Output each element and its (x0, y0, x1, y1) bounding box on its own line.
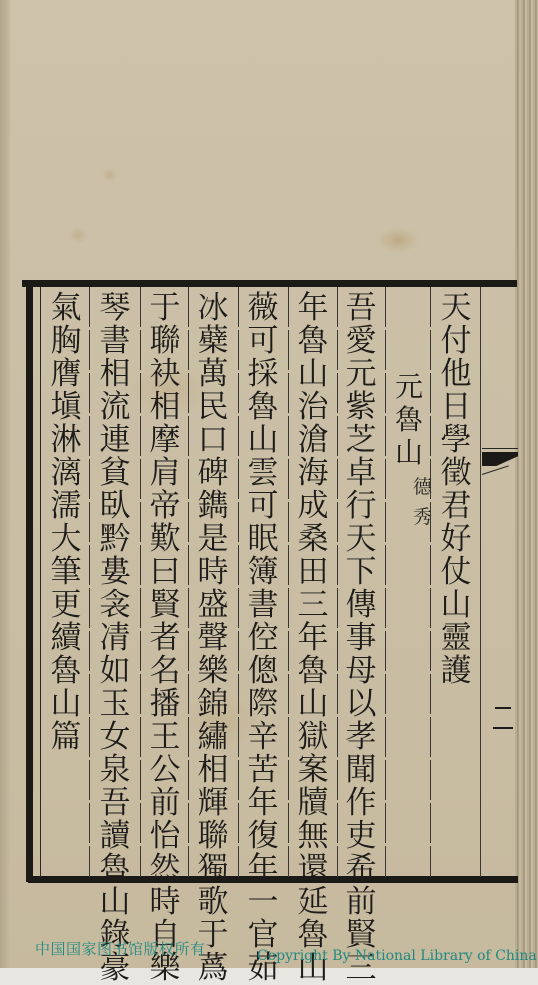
text-char: 事 (346, 622, 377, 655)
text-char: 滄 (298, 424, 329, 457)
text-char: 婁 (100, 556, 131, 589)
text-char: 輝 (198, 787, 229, 820)
text-char: 歎 (150, 523, 181, 556)
text-char: 作 (346, 787, 377, 820)
text-char: 案 (298, 754, 329, 787)
text-char: 聞 (346, 754, 377, 787)
text-char: 續 (51, 622, 82, 655)
text-column-4: 年魯山治滄海成桑田三年魯山獄案牘無還延魯山 (290, 292, 336, 985)
text-char: 可 (248, 325, 279, 358)
text-char: 鐫 (198, 490, 229, 523)
page-number-stroke (495, 707, 511, 709)
text-char: 簿 (248, 556, 279, 589)
frame-top-border (22, 280, 517, 287)
text-char: 魯 (298, 325, 329, 358)
text-char: 膺 (51, 358, 82, 391)
text-char: 歌 (198, 886, 229, 919)
text-char: 女 (100, 721, 131, 754)
text-char: 聲 (198, 622, 229, 655)
text-char: 篇 (51, 721, 82, 754)
text-char: 可 (248, 490, 279, 523)
text-char: 吾 (346, 292, 377, 325)
text-char: 相 (198, 754, 229, 787)
page-number-stroke (493, 727, 513, 729)
text-column-1: 天付他日學徵君好仗山靈護 (433, 292, 479, 688)
text-char: 下 (346, 556, 377, 589)
frame-left-border (26, 282, 33, 882)
text-char: 凊 (100, 622, 131, 655)
text-char: 獄 (298, 721, 329, 754)
poem-title-column: 元魯山德秀 (386, 370, 432, 529)
text-char: 延 (298, 886, 329, 919)
text-char: 是 (198, 523, 229, 556)
text-char: 年 (248, 787, 279, 820)
text-char: 連 (100, 424, 131, 457)
column-rule (288, 287, 289, 877)
text-column-9: 氣胸膺塡淋漓濡大筆更續魯山篇 (43, 292, 89, 754)
text-char: 田 (298, 556, 329, 589)
text-char: 筆 (51, 556, 82, 589)
stacked-page-edges (515, 0, 538, 985)
text-char: 年 (248, 853, 279, 886)
text-char: 氣 (51, 292, 82, 325)
text-char: 魯 (248, 391, 279, 424)
text-char: 袂 (150, 358, 181, 391)
text-char: 民 (198, 391, 229, 424)
text-char: 吏 (346, 820, 377, 853)
text-char: 樂 (198, 655, 229, 688)
text-char: 以 (346, 688, 377, 721)
watermark-chinese: 中国国家图书馆版权所有 (35, 938, 206, 959)
text-char: 他 (441, 358, 472, 391)
fold-margin-line (482, 448, 518, 449)
text-char: 孝 (346, 721, 377, 754)
text-char: 書 (248, 589, 279, 622)
author-char: 德 (413, 475, 432, 499)
text-char: 者 (150, 622, 181, 655)
text-char: 相 (100, 358, 131, 391)
text-char: 山 (51, 688, 82, 721)
text-char: 好 (441, 523, 472, 556)
author-char: 秀 (413, 505, 432, 529)
text-char: 成 (298, 490, 329, 523)
text-column-3: 吾愛元紫芝卓行天下傳事母以孝聞作吏希前賢三 (338, 292, 384, 985)
text-char: 時 (198, 556, 229, 589)
text-char: 臥 (100, 490, 131, 523)
column-rule (89, 287, 90, 877)
text-char: 付 (441, 325, 472, 358)
text-char: 元 (346, 358, 377, 391)
text-char: 琴 (100, 292, 131, 325)
text-char: 冰 (198, 292, 229, 325)
text-char: 復 (248, 820, 279, 853)
text-char: 播 (150, 688, 181, 721)
text-char: 淋 (51, 424, 82, 457)
text-char: 名 (150, 655, 181, 688)
text-char: 魯 (100, 853, 131, 886)
text-char: 傯 (248, 655, 279, 688)
text-char: 口 (198, 424, 229, 457)
text-char: 紫 (346, 391, 377, 424)
text-char: 桑 (298, 523, 329, 556)
text-char: 帝 (150, 490, 181, 523)
text-char: 眠 (248, 523, 279, 556)
text-char: 獨 (198, 853, 229, 886)
text-char: 天 (441, 292, 472, 325)
text-char: 碑 (198, 457, 229, 490)
text-column-8: 琴書相流連貧臥黔婁衾凊如玉女泉吾讀魯山錄豪 (92, 292, 138, 985)
text-char: 貧 (100, 457, 131, 490)
text-char: 辛 (248, 721, 279, 754)
text-char: 山 (441, 589, 472, 622)
text-char: 摩 (150, 424, 181, 457)
text-char: 徵 (441, 457, 472, 490)
text-char: 曰 (150, 556, 181, 589)
text-char: 天 (346, 523, 377, 556)
text-char: 山 (248, 424, 279, 457)
column-rule (188, 287, 189, 877)
text-char: 靈 (441, 622, 472, 655)
text-char: 時 (150, 886, 181, 919)
text-char: 前 (346, 886, 377, 919)
text-char: 還 (298, 853, 329, 886)
text-char: 無 (298, 820, 329, 853)
text-column-5: 薇可採魯山雲可眠簿書倥傯際辛苦年復年一官茹 (240, 292, 286, 985)
text-char: 賢 (150, 589, 181, 622)
text-char: 倥 (248, 622, 279, 655)
text-char: 相 (150, 391, 181, 424)
text-char: 牘 (298, 787, 329, 820)
text-char: 書 (100, 325, 131, 358)
text-char: 山 (298, 358, 329, 391)
text-char: 一 (248, 886, 279, 919)
title-char: 山 (395, 436, 423, 469)
text-char: 學 (441, 424, 472, 457)
text-char: 玉 (100, 688, 131, 721)
text-char: 讀 (100, 820, 131, 853)
text-char: 年 (298, 292, 329, 325)
text-char: 行 (346, 490, 377, 523)
text-column-7: 于聯袂相摩肩帝歎曰賢者名播王公前怡然時自樂 (142, 292, 188, 985)
text-char: 衾 (100, 589, 131, 622)
text-char: 魯 (298, 655, 329, 688)
text-char: 薇 (248, 292, 279, 325)
text-char: 苦 (248, 754, 279, 787)
text-char: 于 (150, 292, 181, 325)
text-char: 然 (150, 853, 181, 886)
text-char: 母 (346, 655, 377, 688)
text-char: 王 (150, 721, 181, 754)
column-rule (140, 287, 141, 877)
text-char: 魯 (51, 655, 82, 688)
text-char: 治 (298, 391, 329, 424)
text-char: 繡 (198, 721, 229, 754)
text-char: 前 (150, 787, 181, 820)
text-char: 芝 (346, 424, 377, 457)
text-char: 公 (150, 754, 181, 787)
text-char: 泉 (100, 754, 131, 787)
text-char: 卓 (346, 457, 377, 490)
title-char: 魯 (395, 403, 423, 436)
text-char: 護 (441, 655, 472, 688)
column-rule (238, 287, 239, 877)
text-char: 更 (51, 589, 82, 622)
text-char: 胸 (51, 325, 82, 358)
text-char: 盛 (198, 589, 229, 622)
text-char: 黔 (100, 523, 131, 556)
frame-inner-rule (40, 287, 41, 877)
text-char: 希 (346, 853, 377, 886)
text-char: 濡 (51, 490, 82, 523)
text-char: 如 (100, 655, 131, 688)
text-char: 採 (248, 358, 279, 391)
text-char: 吾 (100, 787, 131, 820)
text-char: 山 (100, 886, 131, 919)
text-char: 萬 (198, 358, 229, 391)
text-char: 日 (441, 391, 472, 424)
title-char: 元 (395, 370, 423, 403)
text-char: 愛 (346, 325, 377, 358)
text-char: 君 (441, 490, 472, 523)
text-char: 漓 (51, 457, 82, 490)
text-char: 際 (248, 688, 279, 721)
text-char: 流 (100, 391, 131, 424)
text-char: 海 (298, 457, 329, 490)
text-char: 錦 (198, 688, 229, 721)
text-char: 仗 (441, 556, 472, 589)
text-char: 聯 (198, 820, 229, 853)
text-char: 三 (298, 589, 329, 622)
text-char: 大 (51, 523, 82, 556)
text-char: 怡 (150, 820, 181, 853)
text-char: 聯 (150, 325, 181, 358)
text-char: 塡 (51, 391, 82, 424)
text-column-6: 冰蘗萬民口碑鐫是時盛聲樂錦繡相輝聯獨歌于蔿 (190, 292, 236, 985)
frame-right-rule (480, 287, 481, 877)
text-char: 年 (298, 622, 329, 655)
watermark-english: Copyright By National Library of China (257, 948, 537, 964)
text-char: 傳 (346, 589, 377, 622)
text-char: 肩 (150, 457, 181, 490)
text-char: 山 (298, 688, 329, 721)
text-char: 雲 (248, 457, 279, 490)
text-char: 蘗 (198, 325, 229, 358)
